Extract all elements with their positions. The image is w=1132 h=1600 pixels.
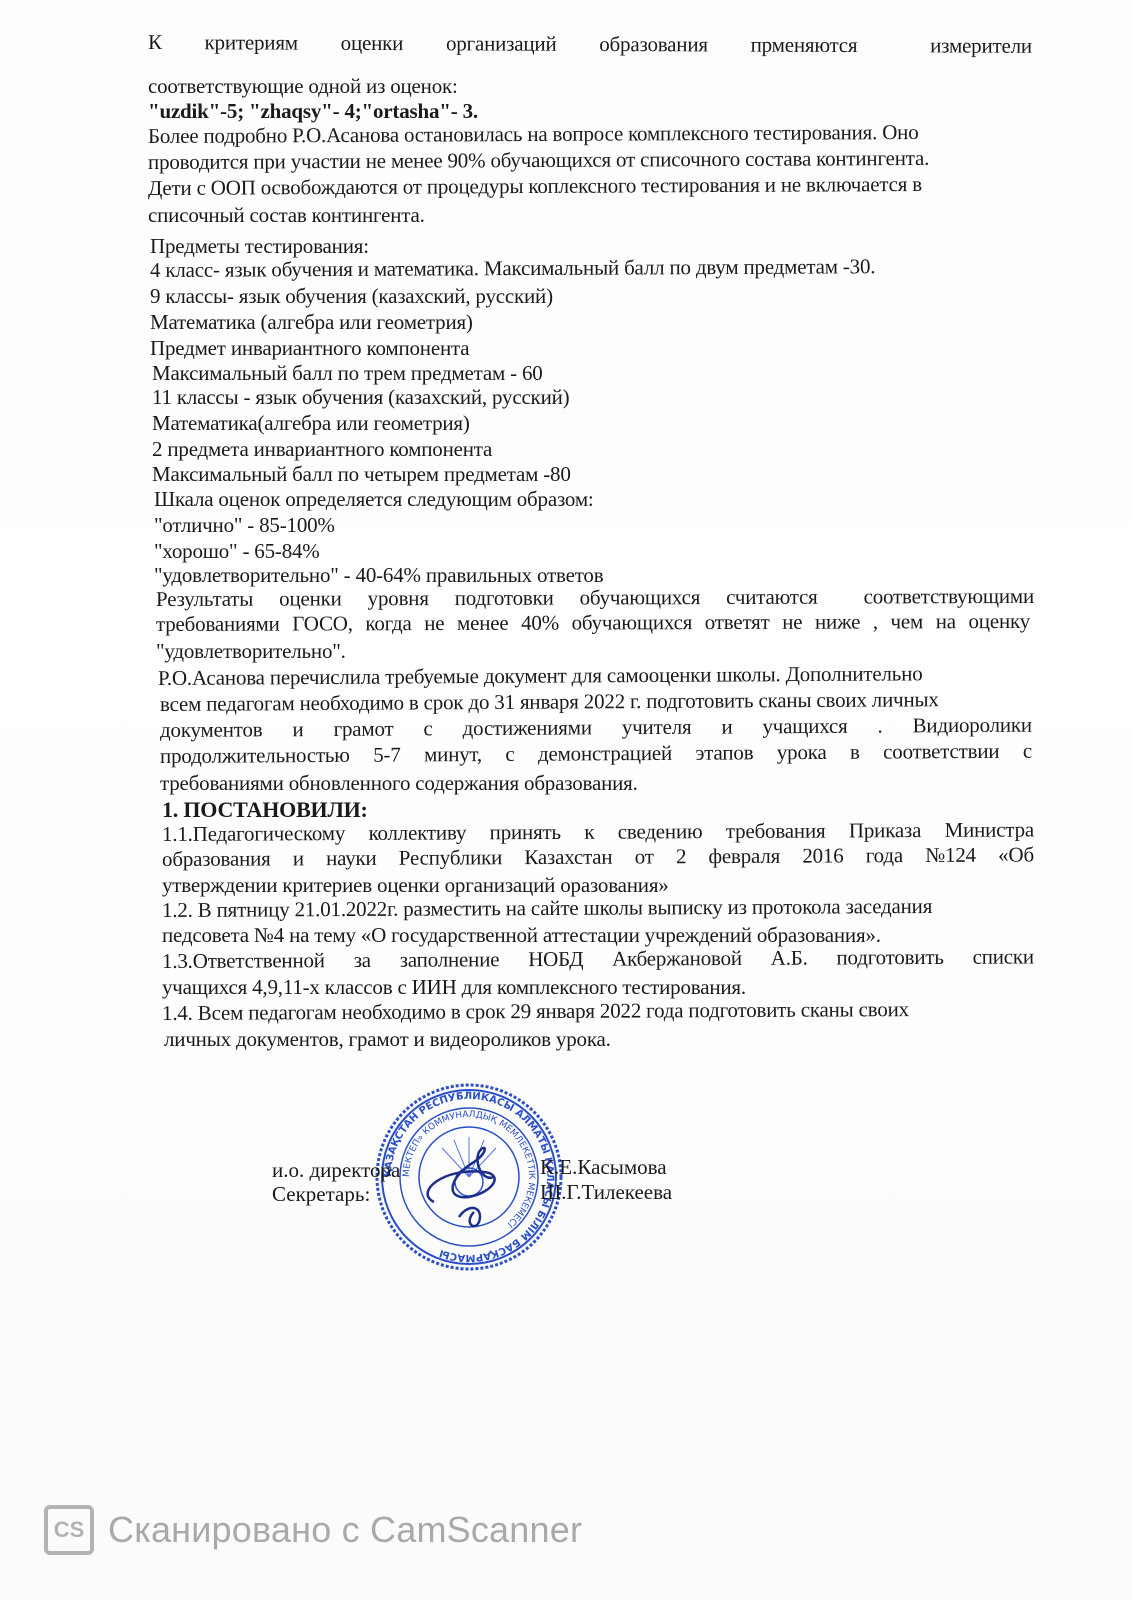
word: уровня (368, 586, 429, 610)
word: измерители (930, 33, 1032, 57)
word: Казахстан (524, 845, 612, 869)
word: документов (160, 717, 263, 742)
word: К (148, 30, 162, 54)
word: и (293, 846, 304, 870)
word: требованиями (156, 612, 280, 636)
word: заполнение (400, 947, 500, 972)
word: науки (326, 846, 377, 870)
word: менее (457, 611, 509, 635)
word: ГОСО, (292, 611, 353, 635)
word: ниже (815, 610, 860, 634)
word: года (866, 843, 903, 867)
word: 5-7 (373, 743, 401, 767)
word: когда (365, 611, 411, 635)
word: за (354, 948, 371, 972)
resolution-1-1-line-2: образования и науки Республики Казахстан… (162, 842, 1034, 871)
secretary-name: Ш.Г.Тилекеева (540, 1180, 672, 1204)
subjects-line: Предмет инвариантного компонента (150, 336, 469, 360)
subjects-line: "удовлетворительно" - 40-64% правильных … (154, 563, 603, 587)
grades-line: "uzdik"-5; "zhaqsy"- 4;"ortasha"- 3. (148, 99, 478, 123)
word: и (292, 717, 303, 741)
word: этапов (695, 740, 753, 764)
word: образования (599, 32, 708, 56)
word: на (936, 609, 956, 633)
word: соответствующими (864, 584, 1034, 609)
results-line-3: "удовлетворительно". (156, 639, 346, 663)
subjects-line: 4 класс- язык обучения и математика. Мак… (150, 254, 875, 282)
word: не (424, 611, 444, 635)
word: оценки (341, 31, 404, 55)
word: обучающихся (572, 610, 693, 634)
testing-line-4: списочный состав контингента. (148, 203, 425, 227)
resolution-1-3-line-1: 1.3.Ответственной за заполнение НОБД Акб… (162, 944, 1034, 973)
camscanner-watermark: CS Сканировано с CamScanner (44, 1505, 582, 1555)
documents-line-5: требованиями обновленного содержания обр… (160, 771, 638, 795)
resolution-1-1-line-1: 1.1.Педагогическому коллективу принять к… (162, 817, 1034, 846)
word: 2 (676, 844, 686, 868)
resolution-1-2-line-2: педсовета №4 на тему «О государственной … (162, 923, 881, 947)
word: минут, (424, 742, 482, 766)
subjects-line: "хорошо" - 65-84% (154, 539, 320, 563)
word: Результаты (156, 587, 253, 611)
word: учителя (622, 715, 692, 739)
word: НОБД (528, 947, 583, 971)
camscanner-logo-icon: CS (44, 1505, 94, 1555)
word: соответствии (883, 739, 999, 764)
word: №124 (925, 843, 976, 867)
word: демонстрацией (538, 741, 672, 766)
word: обучающихся (580, 585, 701, 609)
word: Видиоролики (913, 713, 1033, 738)
word: Акбержановой (612, 946, 742, 971)
documents-line-4: продолжительностью 5-7 минут, с демонстр… (160, 739, 1032, 768)
word: , (873, 609, 878, 633)
word: Приказа (849, 818, 921, 842)
word: 2016 (802, 843, 843, 867)
word: подготовить (836, 945, 943, 970)
word: считаются (726, 585, 818, 609)
director-name: К.Е.Касымова (540, 1155, 667, 1179)
word: и (721, 715, 732, 739)
word: списки (972, 944, 1033, 968)
word: коллективу (368, 820, 466, 845)
word: А.Б. (771, 946, 808, 970)
subjects-line: 2 предмета инвариантного компонента (152, 437, 492, 461)
scanned-page: К критериям оценки организаций образован… (0, 0, 1132, 1600)
intro-line-1: К критериям оценки организаций образован… (148, 30, 1032, 58)
word: критериям (205, 30, 298, 54)
documents-line-2: всем педагогам необходимо в срок до 31 я… (160, 687, 939, 716)
testing-line-2: проводится при участии не менее 90% обуч… (148, 146, 929, 174)
word: «Об (998, 842, 1034, 866)
word: . (877, 714, 882, 738)
word: сведению (618, 819, 703, 843)
word: организаций (446, 31, 557, 55)
intro-line-2: соответствующие одной из оценок: (148, 74, 458, 98)
results-line-1: Результаты оценки уровня подготовки обуч… (156, 584, 1034, 611)
word: в (850, 740, 860, 764)
subjects-line: 11 классы - язык обучения (казахский, ру… (152, 385, 569, 409)
word: урока (777, 740, 827, 764)
resolution-1-3-line-2: учащихся 4,9,11-х классов с ИИН для комп… (162, 975, 746, 999)
secretary-role: Секретарь: (272, 1182, 370, 1206)
subjects-line: Шкала оценок определяется следующим обра… (154, 487, 594, 511)
subjects-line: 9 классы- язык обучения (казахский, русс… (150, 284, 553, 308)
word: от (635, 844, 654, 868)
word: образования (162, 846, 271, 871)
word: с (1023, 739, 1032, 763)
word: требования (726, 819, 826, 844)
resolution-1-2-line-1: 1.2. В пятницу 21.01.2022г. разместить н… (162, 894, 932, 922)
word: ответят (705, 610, 770, 634)
testing-line-3: Дети с ООП освобождаются от процедуры ко… (148, 172, 922, 200)
word: подготовки (455, 586, 554, 610)
director-role: и.о. директора (272, 1158, 400, 1182)
word: 40% (521, 611, 559, 635)
official-stamp: ҚАЗАҚСТАН РЕСПУБЛИКАСЫ АЛМАТЫ ҚАЛАСЫ БІЛ… (374, 1082, 564, 1272)
subjects-line: Максимальный балл по четырем предметам -… (152, 462, 571, 486)
word: оценку (968, 609, 1030, 633)
word: принять (490, 820, 561, 844)
results-line-2: требованиями ГОСО, когда не менее 40% об… (156, 609, 1030, 636)
word: оценки (279, 586, 342, 610)
testing-line-1: Более подробно Р.О.Асанова остановилась … (148, 120, 919, 148)
word: не (782, 610, 802, 634)
word: грамот (333, 717, 393, 741)
resolved-heading: 1. ПОСТАНОВИЛИ: (162, 798, 368, 822)
subjects-line: Математика (алгебра или геометрия) (150, 310, 473, 334)
word: чем (890, 609, 923, 633)
word: учащихся (762, 714, 847, 739)
stamp-seal-icon: ҚАЗАҚСТАН РЕСПУБЛИКАСЫ АЛМАТЫ ҚАЛАСЫ БІЛ… (374, 1082, 564, 1272)
documents-line-1: Р.О.Асанова перечислила требуемые докуме… (158, 661, 923, 690)
word: февраля (708, 844, 780, 868)
word: Республики (399, 845, 502, 870)
word: достижениями (463, 715, 592, 740)
word: Министра (945, 817, 1034, 841)
resolution-1-4-line-2: личных документов, грамот и видеороликов… (164, 1027, 611, 1051)
watermark-text: Сканировано с CamScanner (108, 1509, 582, 1551)
subjects-line: Предметы тестирования: (150, 234, 369, 258)
word: с (423, 716, 432, 740)
documents-line-3: документов и грамот с достижениями учите… (160, 713, 1032, 742)
word: к (584, 820, 594, 844)
word: с (505, 742, 514, 766)
resolution-1-4-line-1: 1.4. Всем педагогам необходимо в срок 29… (162, 997, 909, 1025)
subjects-line: Математика(алгебра или геометрия) (152, 411, 470, 435)
subjects-line: "отлично" - 85-100% (154, 513, 335, 537)
word: прменяются (751, 33, 858, 57)
subjects-line: Максимальный балл по трем предметам - 60 (152, 361, 543, 385)
resolution-1-1-line-3: утверждении критериев оценки организаций… (162, 873, 669, 897)
word: 1.3.Ответственной (162, 948, 325, 973)
word: 1.1.Педагогическому (162, 821, 345, 846)
word: продолжительностью (160, 743, 350, 768)
